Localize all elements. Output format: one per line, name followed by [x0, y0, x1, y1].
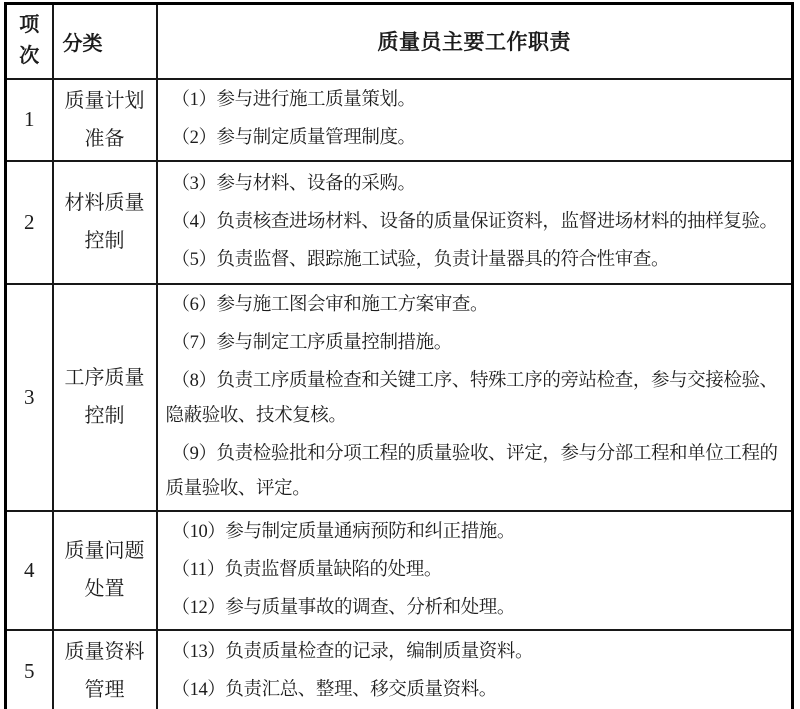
row-4-category: 质量问题 处置	[53, 511, 157, 630]
category-line: 质量计划	[54, 82, 156, 120]
row-3-duties: （6）参与施工图会审和施工方案审查。 （7）参与制定工序质量控制措施。 （8）负…	[157, 284, 793, 511]
row-2-item-no: 2	[6, 161, 53, 284]
duty-item: （1）参与进行施工质量策划。	[166, 83, 786, 118]
row-2-category: 材料质量 控制	[53, 161, 157, 284]
table-row-5: 5 质量资料 管理 （13）负责质量检查的记录，编制质量资料。 （14）负责汇总…	[6, 630, 793, 709]
row-5-category: 质量资料 管理	[53, 630, 157, 709]
row-3-item-no: 3	[6, 284, 53, 511]
duty-item: （5）负责监督、跟踪施工试验，负责计量器具的符合性审查。	[166, 243, 786, 278]
category-line: 控制	[54, 397, 156, 435]
row-3-category: 工序质量 控制	[53, 284, 157, 511]
category-line: 质量资料	[54, 633, 156, 671]
row-4-duties: （10）参与制定质量通病预防和纠正措施。 （11）负责监督质量缺陷的处理。 （1…	[157, 511, 793, 630]
duty-item: （10）参与制定质量通病预防和纠正措施。	[166, 515, 786, 550]
table-row-2: 2 材料质量 控制 （3）参与材料、设备的采购。 （4）负责核查进场材料、设备的…	[6, 161, 793, 284]
duty-item: （6）参与施工图会审和施工方案审查。	[166, 288, 786, 323]
duty-item: （11）负责监督质量缺陷的处理。	[166, 553, 786, 588]
row-1-duties: （1）参与进行施工质量策划。 （2）参与制定质量管理制度。	[157, 79, 793, 161]
duty-item: （12）参与质量事故的调查、分析和处理。	[166, 591, 786, 626]
category-line: 质量问题	[54, 532, 156, 570]
category-line: 工序质量	[54, 359, 156, 397]
duty-item: （7）参与制定工序质量控制措施。	[166, 326, 786, 361]
header-row: 项 次 分类 质量员主要工作职责	[6, 4, 793, 79]
duty-item: （8）负责工序质量检查和关键工序、特殊工序的旁站检查，参与交接检验、隐蔽验收、技…	[166, 364, 786, 434]
category-line: 控制	[54, 222, 156, 260]
category-line: 材料质量	[54, 184, 156, 222]
duty-item: （14）负责汇总、整理、移交质量资料。	[166, 673, 786, 708]
row-1-category: 质量计划 准备	[53, 79, 157, 161]
duty-item: （13）负责质量检查的记录，编制质量资料。	[166, 635, 786, 670]
duty-item: （9）负责检验批和分项工程的质量验收、评定，参与分部工程和单位工程的质量验收、评…	[166, 437, 786, 507]
duty-item: （2）参与制定质量管理制度。	[166, 121, 786, 156]
header-item-no-line2: 次	[7, 41, 52, 72]
category-line: 处置	[54, 570, 156, 608]
header-cell-category: 分类	[53, 4, 157, 79]
document-page: 项 次 分类 质量员主要工作职责 1 质量计划 准备 （1）参与进行施工质量策划…	[0, 0, 800, 709]
row-4-item-no: 4	[6, 511, 53, 630]
header-item-no-line1: 项	[7, 10, 52, 41]
quality-inspector-duties-table: 项 次 分类 质量员主要工作职责 1 质量计划 准备 （1）参与进行施工质量策划…	[4, 2, 794, 709]
duty-item: （4）负责核查进场材料、设备的质量保证资料，监督进场材料的抽样复验。	[166, 205, 786, 240]
row-1-item-no: 1	[6, 79, 53, 161]
header-cell-item-no: 项 次	[6, 4, 53, 79]
table-row-1: 1 质量计划 准备 （1）参与进行施工质量策划。 （2）参与制定质量管理制度。	[6, 79, 793, 161]
row-5-item-no: 5	[6, 630, 53, 709]
category-line: 管理	[54, 671, 156, 709]
duty-item: （3）参与材料、设备的采购。	[166, 167, 786, 202]
table-row-3: 3 工序质量 控制 （6）参与施工图会审和施工方案审查。 （7）参与制定工序质量…	[6, 284, 793, 511]
row-2-duties: （3）参与材料、设备的采购。 （4）负责核查进场材料、设备的质量保证资料，监督进…	[157, 161, 793, 284]
row-5-duties: （13）负责质量检查的记录，编制质量资料。 （14）负责汇总、整理、移交质量资料…	[157, 630, 793, 709]
category-line: 准备	[54, 120, 156, 158]
table-row-4: 4 质量问题 处置 （10）参与制定质量通病预防和纠正措施。 （11）负责监督质…	[6, 511, 793, 630]
header-cell-duties-title: 质量员主要工作职责	[157, 4, 793, 79]
